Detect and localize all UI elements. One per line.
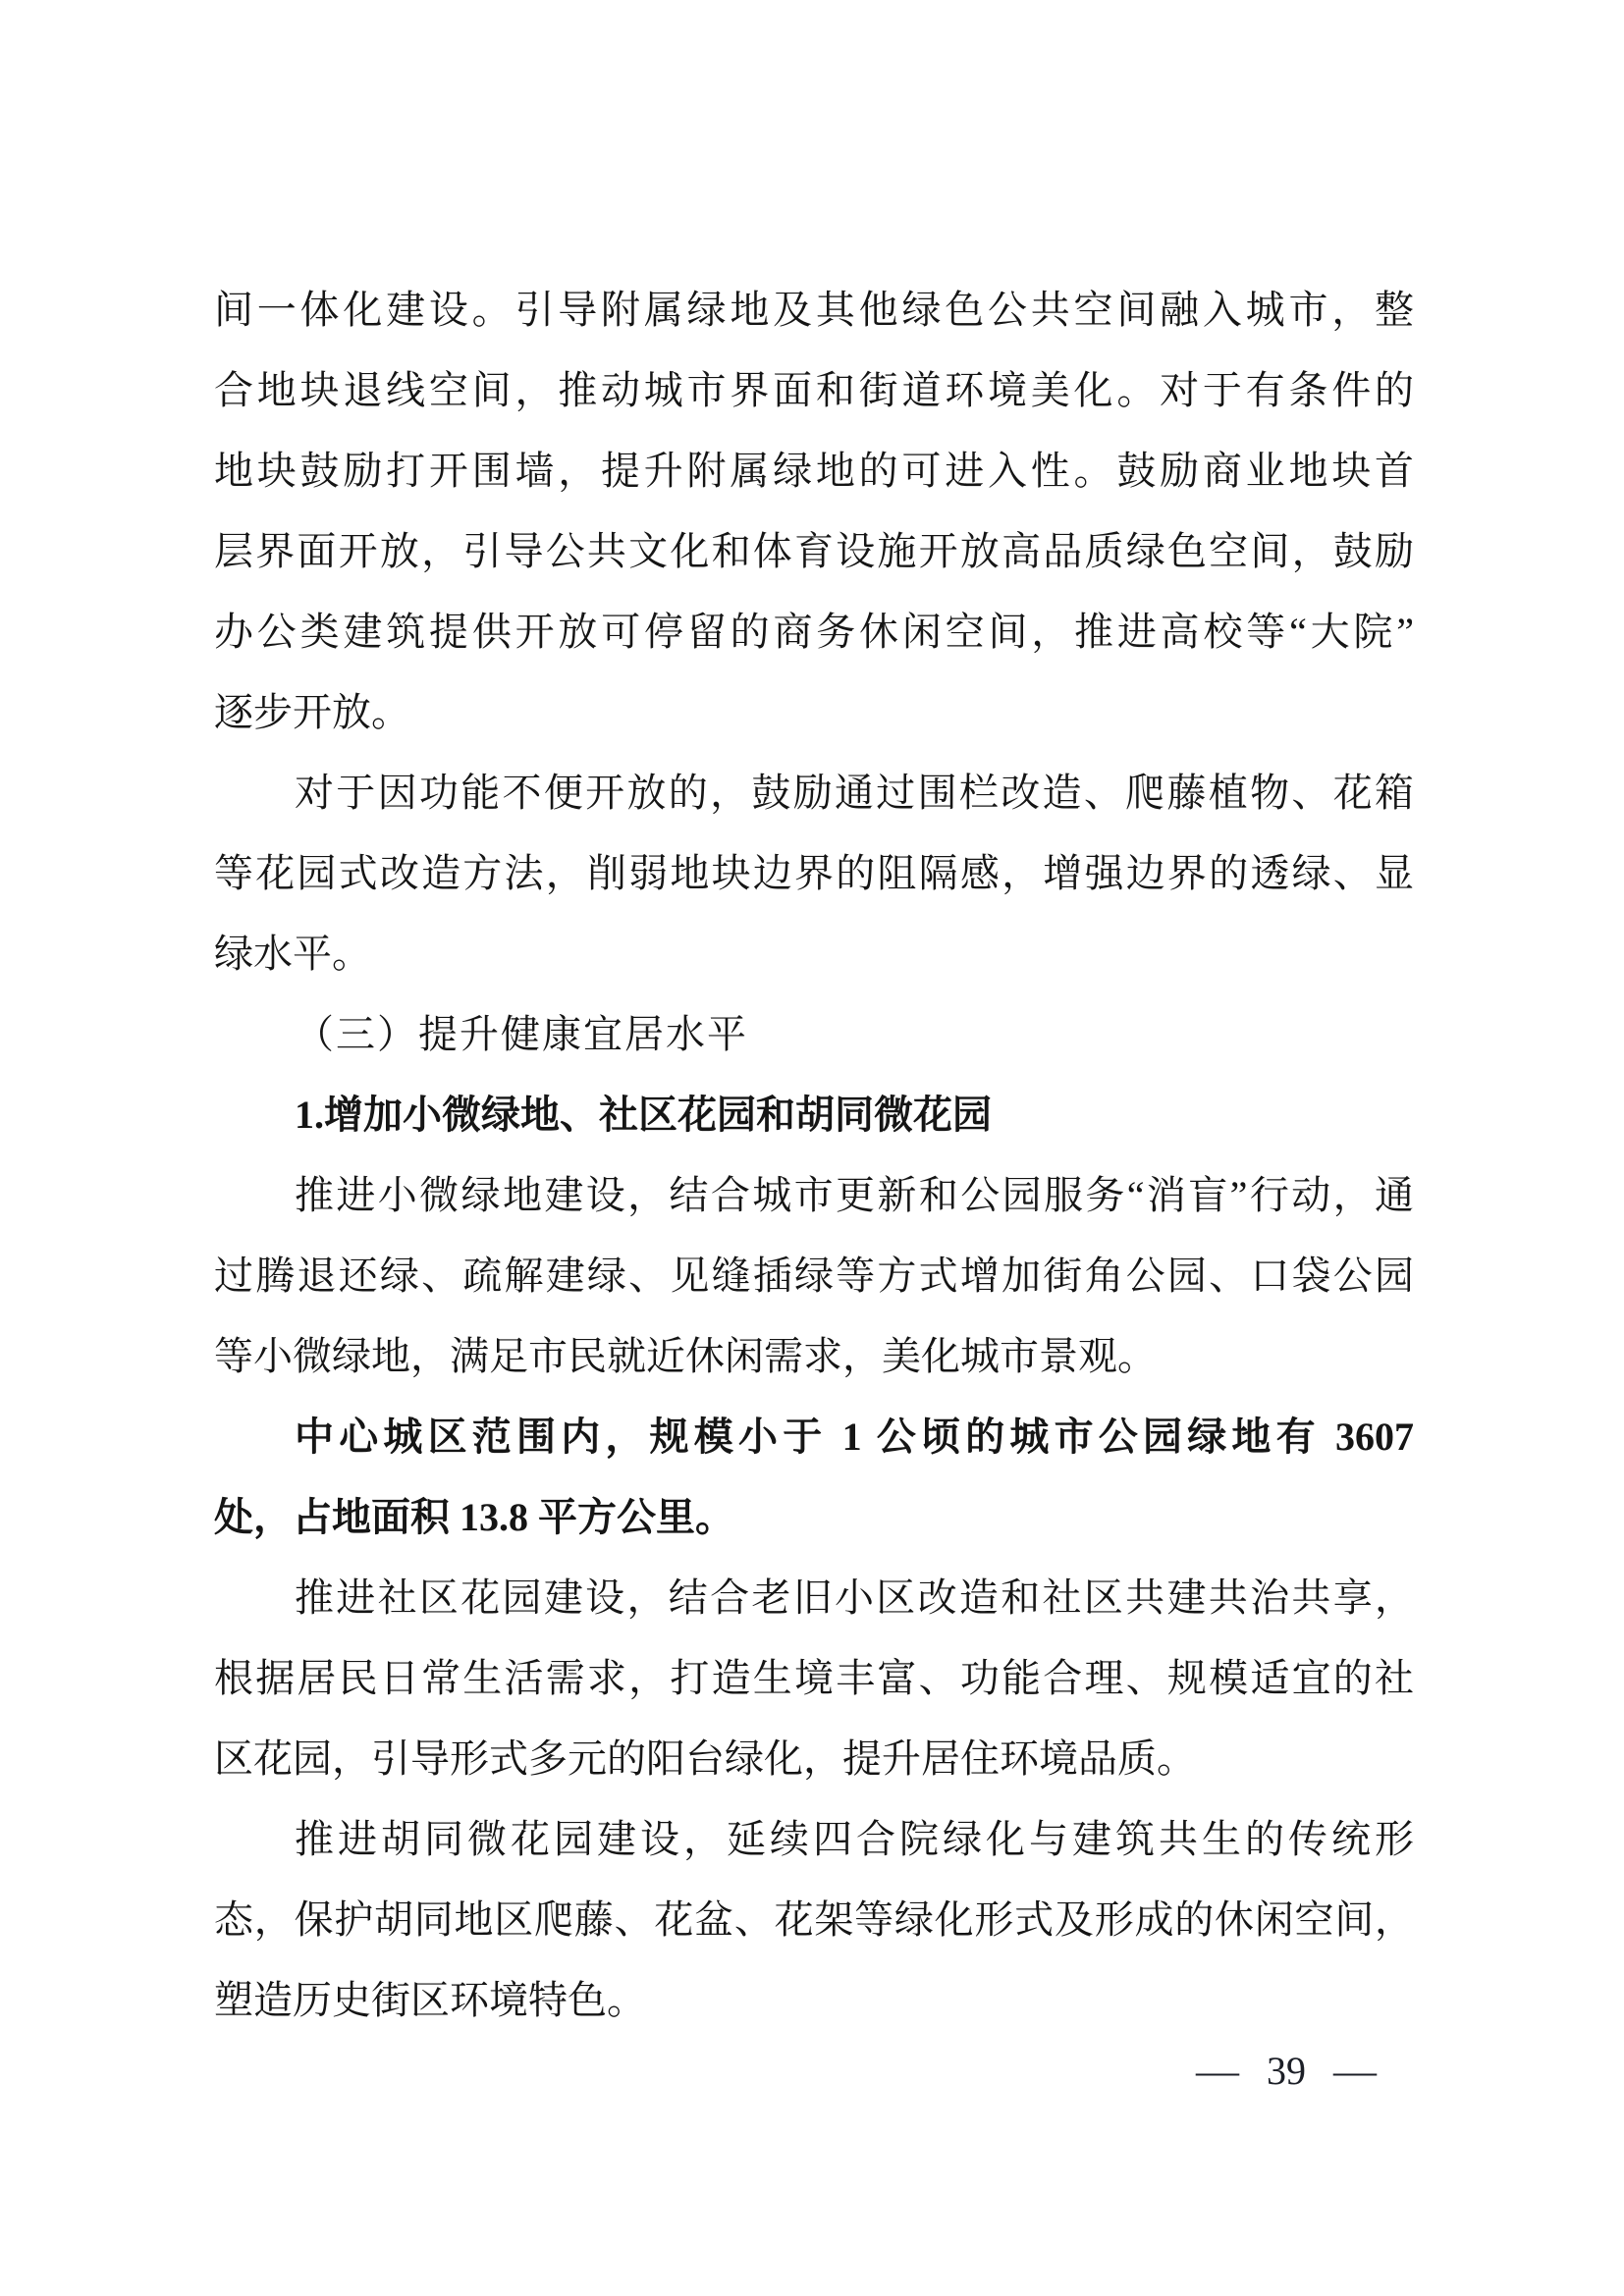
text-line: 根据居民日常生活需求，打造生境丰富、功能合理、规模适宜的社 xyxy=(214,1638,1414,1719)
text-line: 等小微绿地，满足市民就近休闲需求，美化城市景观。 xyxy=(214,1316,1414,1397)
text-line: 塑造历史街区环境特色。 xyxy=(214,1960,1414,2041)
heading-section-three: （三）提升健康宜居水平 xyxy=(214,994,1414,1075)
page-number-value: 39 xyxy=(1267,2048,1306,2094)
text-line: 推进社区花园建设，结合老旧小区改造和社区共建共治共享， xyxy=(214,1558,1414,1638)
text-line: 绿水平。 xyxy=(214,914,1414,994)
text-line: 1.增加小微绿地、社区花园和胡同微花园 xyxy=(214,1075,1414,1155)
document-body: 间一体化建设。引导附属绿地及其他绿色公共空间融入城市，整合地块退线空间，推动城市… xyxy=(214,270,1414,2041)
text-line: 态，保护胡同地区爬藤、花盆、花架等绿化形式及形成的休闲空间， xyxy=(214,1880,1414,1960)
para-central-city-statistics: 中心城区范围内，规模小于 1 公顷的城市公园绿地有 3607处，占地面积 13.… xyxy=(214,1397,1414,1558)
document-page: 间一体化建设。引导附属绿地及其他绿色公共空间融入城市，整合地块退线空间，推动城市… xyxy=(0,0,1624,2296)
page-number: — 39 — xyxy=(1198,2048,1375,2094)
text-line: 合地块退线空间，推动城市界面和街道环境美化。对于有条件的 xyxy=(214,350,1414,431)
para-attached-green-space: 间一体化建设。引导附属绿地及其他绿色公共空间融入城市，整合地块退线空间，推动城市… xyxy=(214,270,1414,753)
footer-dash-left: — xyxy=(1196,2048,1239,2094)
text-line: 推进胡同微花园建设，延续四合院绿化与建筑共生的传统形 xyxy=(214,1799,1414,1880)
text-line: 过腾退还绿、疏解建绿、见缝插绿等方式增加街角公园、口袋公园 xyxy=(214,1236,1414,1316)
text-line: 中心城区范围内，规模小于 1 公顷的城市公园绿地有 3607 xyxy=(214,1397,1414,1477)
text-line: 办公类建筑提供开放可停留的商务休闲空间，推进高校等“大院” xyxy=(214,592,1414,672)
text-line: 层界面开放，引导公共文化和体育设施开放高品质绿色空间，鼓励 xyxy=(214,511,1414,592)
para-community-garden: 推进社区花园建设，结合老旧小区改造和社区共建共治共享，根据居民日常生活需求，打造… xyxy=(214,1558,1414,1799)
text-line: 等花园式改造方法，削弱地块边界的阻隔感，增强边界的透绿、显 xyxy=(214,833,1414,914)
para-hutong-micro-garden: 推进胡同微花园建设，延续四合院绿化与建筑共生的传统形态，保护胡同地区爬藤、花盆、… xyxy=(214,1799,1414,2041)
para-garden-style-renovation: 对于因功能不便开放的，鼓励通过围栏改造、爬藤植物、花箱等花园式改造方法，削弱地块… xyxy=(214,753,1414,994)
text-line: 推进小微绿地建设，结合城市更新和公园服务“消盲”行动，通 xyxy=(214,1155,1414,1236)
text-line: 间一体化建设。引导附属绿地及其他绿色公共空间融入城市，整 xyxy=(214,270,1414,350)
heading-item-one: 1.增加小微绿地、社区花园和胡同微花园 xyxy=(214,1075,1414,1155)
footer-dash-right: — xyxy=(1333,2048,1377,2094)
text-line: （三）提升健康宜居水平 xyxy=(214,994,1414,1075)
para-micro-green-space: 推进小微绿地建设，结合城市更新和公园服务“消盲”行动，通过腾退还绿、疏解建绿、见… xyxy=(214,1155,1414,1397)
text-line: 处，占地面积 13.8 平方公里。 xyxy=(214,1477,1414,1558)
text-line: 区花园，引导形式多元的阳台绿化，提升居住环境品质。 xyxy=(214,1719,1414,1799)
text-line: 逐步开放。 xyxy=(214,672,1414,753)
text-line: 地块鼓励打开围墙，提升附属绿地的可进入性。鼓励商业地块首 xyxy=(214,431,1414,511)
text-line: 对于因功能不便开放的，鼓励通过围栏改造、爬藤植物、花箱 xyxy=(214,753,1414,833)
